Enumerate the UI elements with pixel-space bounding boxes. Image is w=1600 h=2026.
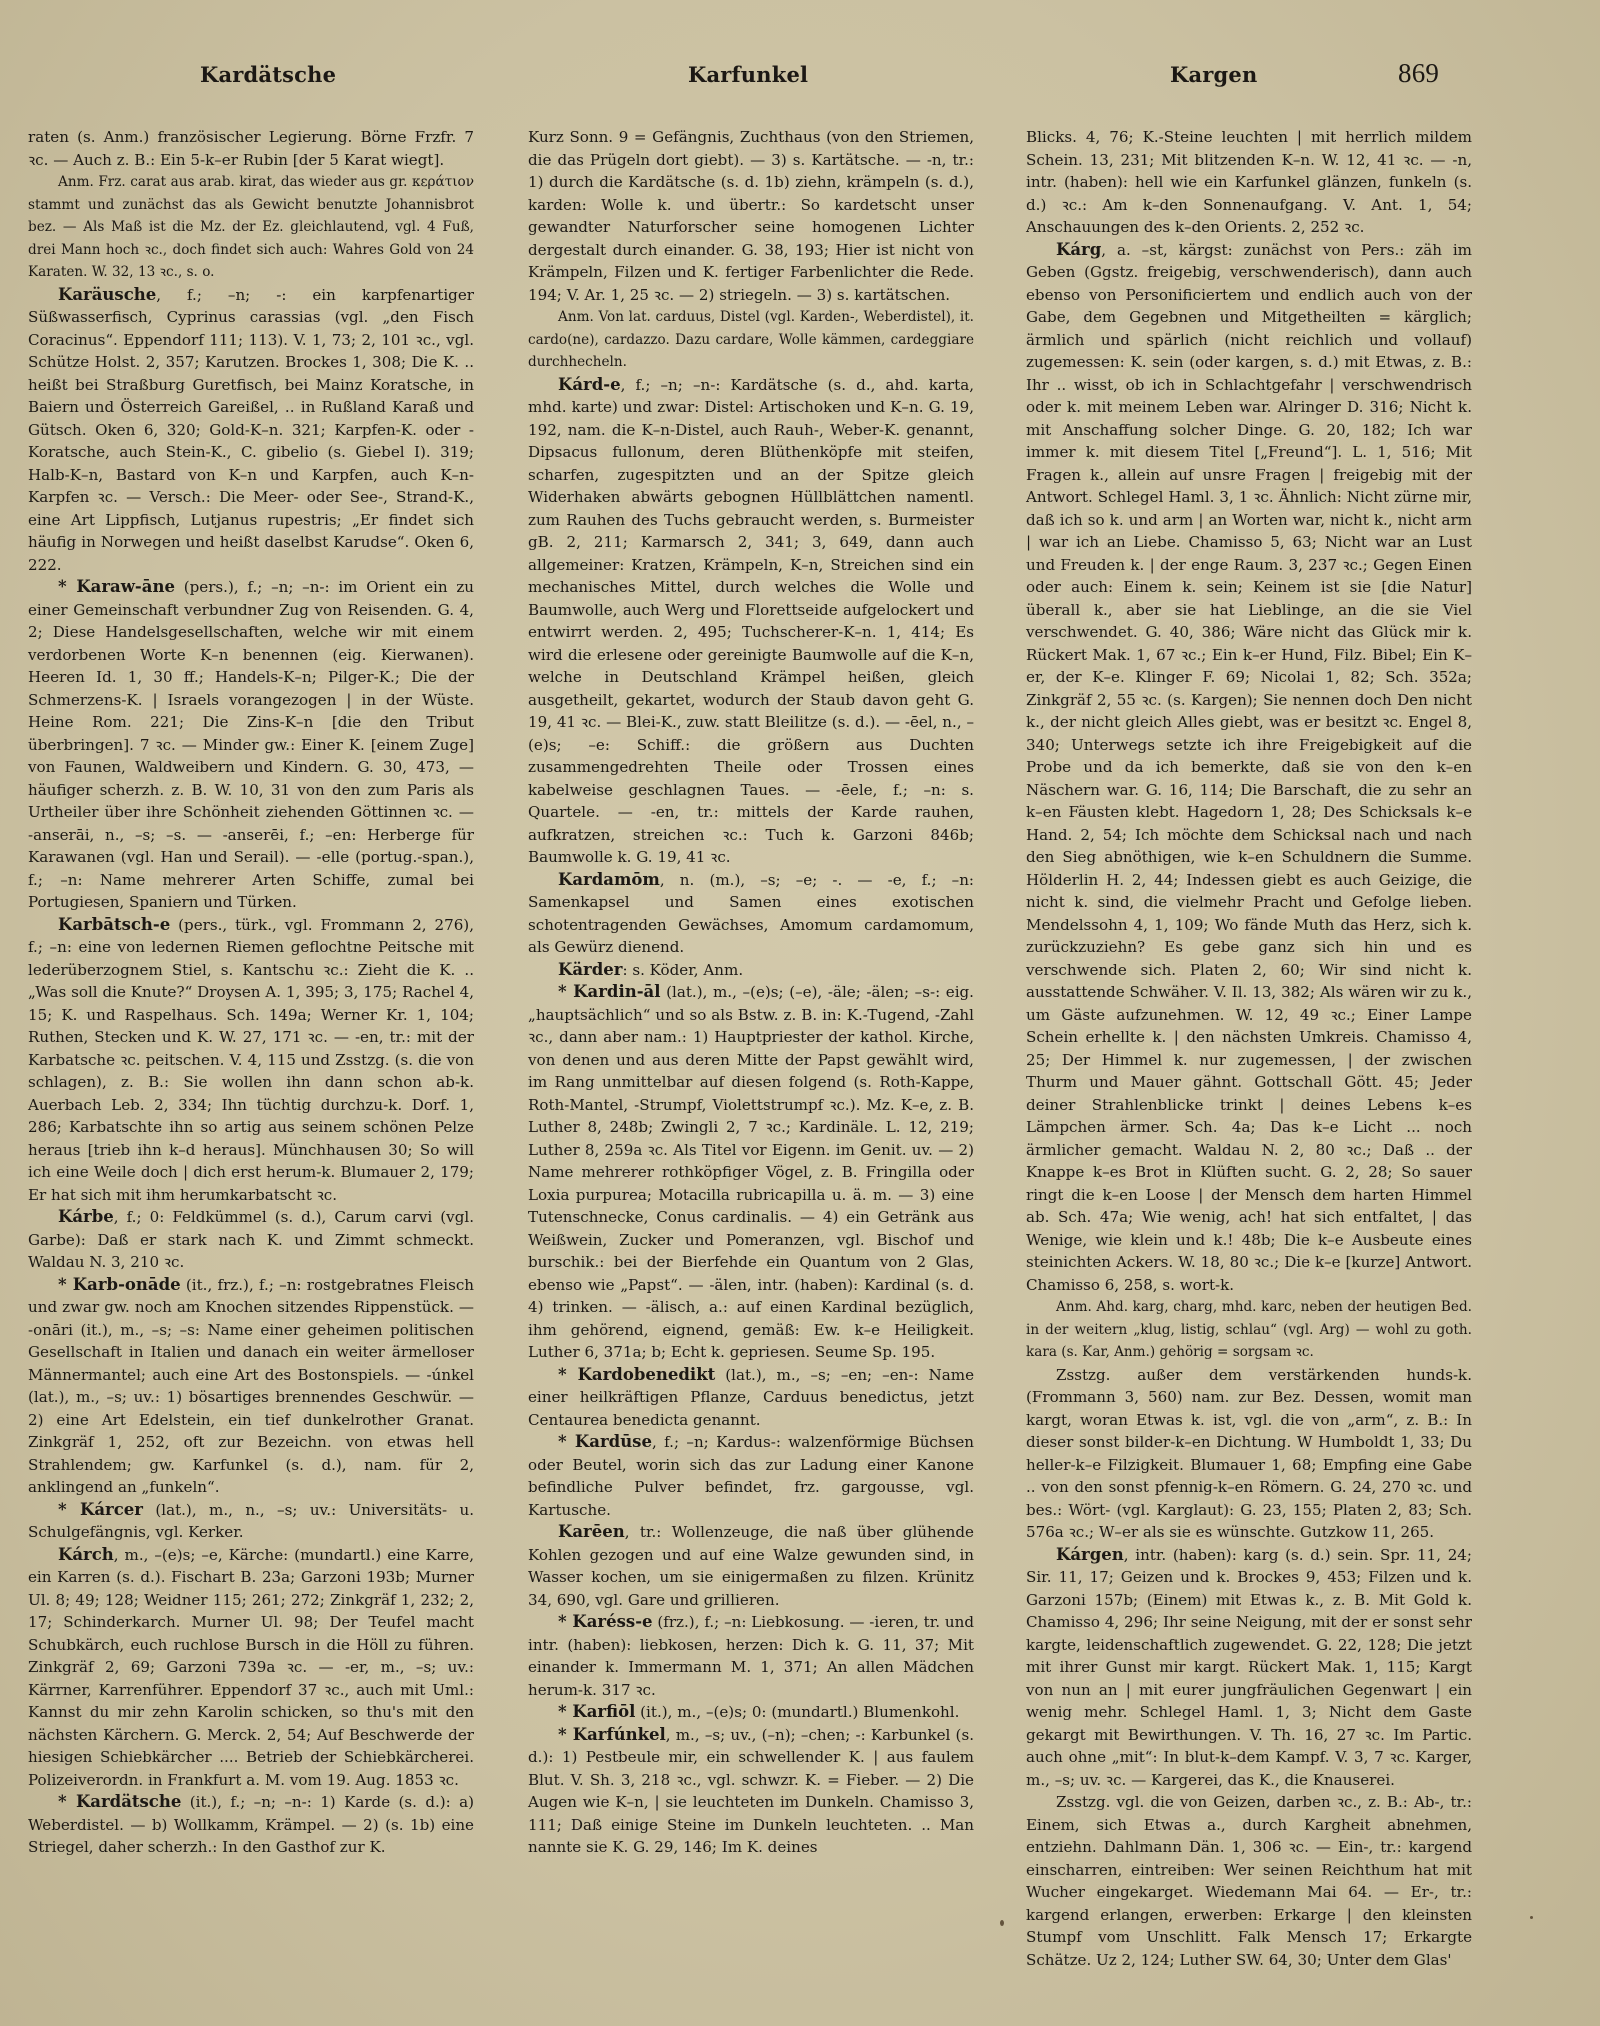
text-column-3: Blicks. 4, 76; K.-Steine leuchten | mit … <box>1026 126 1472 1971</box>
dictionary-entry: * Karb-onāde (it., frz.), f.; –n: rostge… <box>28 1274 474 1499</box>
dictionary-entry: Zsstzg. außer dem verstärkenden hunds-k.… <box>1026 1364 1472 1544</box>
dictionary-entry: Kárbe, f.; 0: Feldkümmel (s. d.), Carum … <box>28 1206 474 1274</box>
dictionary-entry: Karbātsch-e (pers., türk., vgl. Frommann… <box>28 914 474 1207</box>
entry-body-text: Kurz Sonn. 9 = Gefängnis, Zuchthaus (von… <box>528 128 974 304</box>
dictionary-entry: Kárg, a. –st, kärgst: zunächst von Pers.… <box>1026 239 1472 1297</box>
entry-headword: Karbātsch-e <box>58 915 170 934</box>
entry-headword: Kärder <box>558 960 622 979</box>
dictionary-entry: * Kárcer (lat.), m., n., –s; uv.: Univer… <box>28 1499 474 1544</box>
text-column-2: Kurz Sonn. 9 = Gefängnis, Zuchthaus (von… <box>528 126 974 1859</box>
entry-body-text: Anm. Ahd. karg, charg, mhd. karc, neben … <box>1026 1299 1472 1360</box>
running-head-right: Kargen <box>1170 62 1257 87</box>
entry-headword: Kárd-e <box>558 375 621 394</box>
entry-headword: Karēen <box>558 1522 625 1541</box>
dictionary-page: Kardätsche Karfunkel Kargen 869 raten (s… <box>0 0 1600 2026</box>
entry-body-text: (it., frz.), f.; –n: rostgebratnes Fleis… <box>28 1276 474 1497</box>
entry-body-text: (lat.), m., –(e)s; (–e), -äle; -älen; –s… <box>528 983 974 1361</box>
entry-body-text: , a. –st, kärgst: zunächst von Pers.: zä… <box>1026 241 1472 1294</box>
entry-body-text: raten (s. Anm.) französischer Legierung.… <box>28 128 474 169</box>
running-header: Kardätsche Karfunkel Kargen 869 <box>0 62 1600 102</box>
dictionary-entry: * Karéss-e (frz.), f.; –n: Liebkosung. —… <box>528 1611 974 1701</box>
entry-headword: * Kardobenedikt <box>558 1365 715 1384</box>
entry-headword: * Karéss-e <box>558 1612 653 1631</box>
continued-paragraph: Kurz Sonn. 9 = Gefängnis, Zuchthaus (von… <box>528 126 974 306</box>
entry-headword: Kardamōm <box>558 870 660 889</box>
entry-headword: * Karb-onāde <box>58 1275 181 1294</box>
dictionary-entry: * Karfiōl (it.), m., –(e)s; 0: (mundartl… <box>528 1701 974 1724</box>
entry-headword: * Kardūse <box>558 1432 652 1451</box>
dictionary-entry: * Karfúnkel, m., –s; uv., (–n); –chen; -… <box>528 1724 974 1859</box>
dictionary-entry: Kárch, m., –(e)s; –e, Kärche: (mundartl.… <box>28 1544 474 1792</box>
dictionary-entry: Karēen, tr.: Wollenzeuge, die naß über g… <box>528 1521 974 1611</box>
dictionary-entry: Zsstzg. vgl. die von Geizen, darben ꝛc.,… <box>1026 1791 1472 1971</box>
paper-stain <box>1000 1920 1004 1926</box>
entry-body-text: (pers., türk., vgl. Frommann 2, 276), f.… <box>28 916 474 1204</box>
entry-body-text: Blicks. 4, 76; K.-Steine leuchten | mit … <box>1026 128 1472 236</box>
entry-headword: Kárch <box>58 1545 114 1564</box>
entry-headword: * Kárcer <box>58 1500 143 1519</box>
entry-body-text: , m., –(e)s; –e, Kärche: (mundartl.) ein… <box>28 1546 474 1789</box>
running-head-center: Karfunkel <box>688 62 808 87</box>
page-number: 869 <box>1398 58 1439 89</box>
dictionary-entry: * Kardätsche (it.), f.; –n; –n-: 1) Kard… <box>28 1791 474 1859</box>
continued-paragraph: Blicks. 4, 76; K.-Steine leuchten | mit … <box>1026 126 1472 239</box>
entry-body-text: (pers.), f.; –n; –n-: im Orient ein zu e… <box>28 578 474 911</box>
entry-headword: Karäusche <box>58 285 156 304</box>
dictionary-entry: Kárgen, intr. (haben): karg (s. d.) sein… <box>1026 1544 1472 1792</box>
paper-stain <box>1530 1916 1533 1919</box>
entry-body-text: (it.), m., –(e)s; 0: (mundartl.) Blumenk… <box>635 1703 959 1721</box>
entry-body-text: Zsstzg. vgl. die von Geizen, darben ꝛc.,… <box>1026 1793 1472 1969</box>
entry-headword: * Kardin-āl <box>558 982 661 1001</box>
annotation-paragraph: Anm. Ahd. karg, charg, mhd. karc, neben … <box>1026 1296 1472 1364</box>
dictionary-entry: * Kardūse, f.; –n; Kardus-: walzenförmig… <box>528 1431 974 1521</box>
dictionary-entry: * Kardin-āl (lat.), m., –(e)s; (–e), -äl… <box>528 981 974 1364</box>
annotation-paragraph: Anm. Frz. carat aus arab. kirat, das wie… <box>28 171 474 284</box>
dictionary-entry: Kárd-e, f.; –n; –n-: Kardätsche (s. d., … <box>528 374 974 869</box>
entry-headword: Kárgen <box>1056 1545 1124 1564</box>
entry-body-text: Anm. Frz. carat aus arab. kirat, das wie… <box>28 174 474 280</box>
entry-headword: * Karfúnkel <box>558 1725 666 1744</box>
entry-body-text: , f.; –n; -: ein karpfenartiger Süßwasse… <box>28 286 474 574</box>
entry-headword: * Kardätsche <box>58 1792 181 1811</box>
entry-body-text: Anm. Von lat. carduus, Distel (vgl. Kard… <box>528 309 974 370</box>
entry-body-text: , m., –s; uv., (–n); –chen; -: Karbunkel… <box>528 1726 974 1857</box>
dictionary-entry: Kärder: s. Köder, Anm. <box>528 959 974 982</box>
entry-body-text: Zsstzg. außer dem verstärkenden hunds-k.… <box>1026 1366 1472 1542</box>
dictionary-entry: * Kardobenedikt (lat.), m., –s; –en; –en… <box>528 1364 974 1432</box>
dictionary-entry: Karäusche, f.; –n; -: ein karpfenartiger… <box>28 284 474 577</box>
running-head-left: Kardätsche <box>200 62 336 87</box>
entry-body-text: , f.; –n; –n-: Kardätsche (s. d., ahd. k… <box>528 376 974 867</box>
continued-paragraph: raten (s. Anm.) französischer Legierung.… <box>28 126 474 171</box>
entry-headword: * Karfiōl <box>558 1702 635 1721</box>
annotation-paragraph: Anm. Von lat. carduus, Distel (vgl. Kard… <box>528 306 974 374</box>
entry-headword: Kárbe <box>58 1207 114 1226</box>
entry-headword: * Karaw-āne <box>58 577 175 596</box>
entry-body-text: : s. Köder, Anm. <box>622 961 743 979</box>
text-column-1: raten (s. Anm.) französischer Legierung.… <box>28 126 474 1859</box>
dictionary-entry: Kardamōm, n. (m.), –s; –e; -. — -e, f.; … <box>528 869 974 959</box>
entry-body-text: , intr. (haben): karg (s. d.) sein. Spr.… <box>1026 1546 1472 1789</box>
dictionary-entry: * Karaw-āne (pers.), f.; –n; –n-: im Ori… <box>28 576 474 914</box>
entry-headword: Kárg <box>1056 240 1101 259</box>
